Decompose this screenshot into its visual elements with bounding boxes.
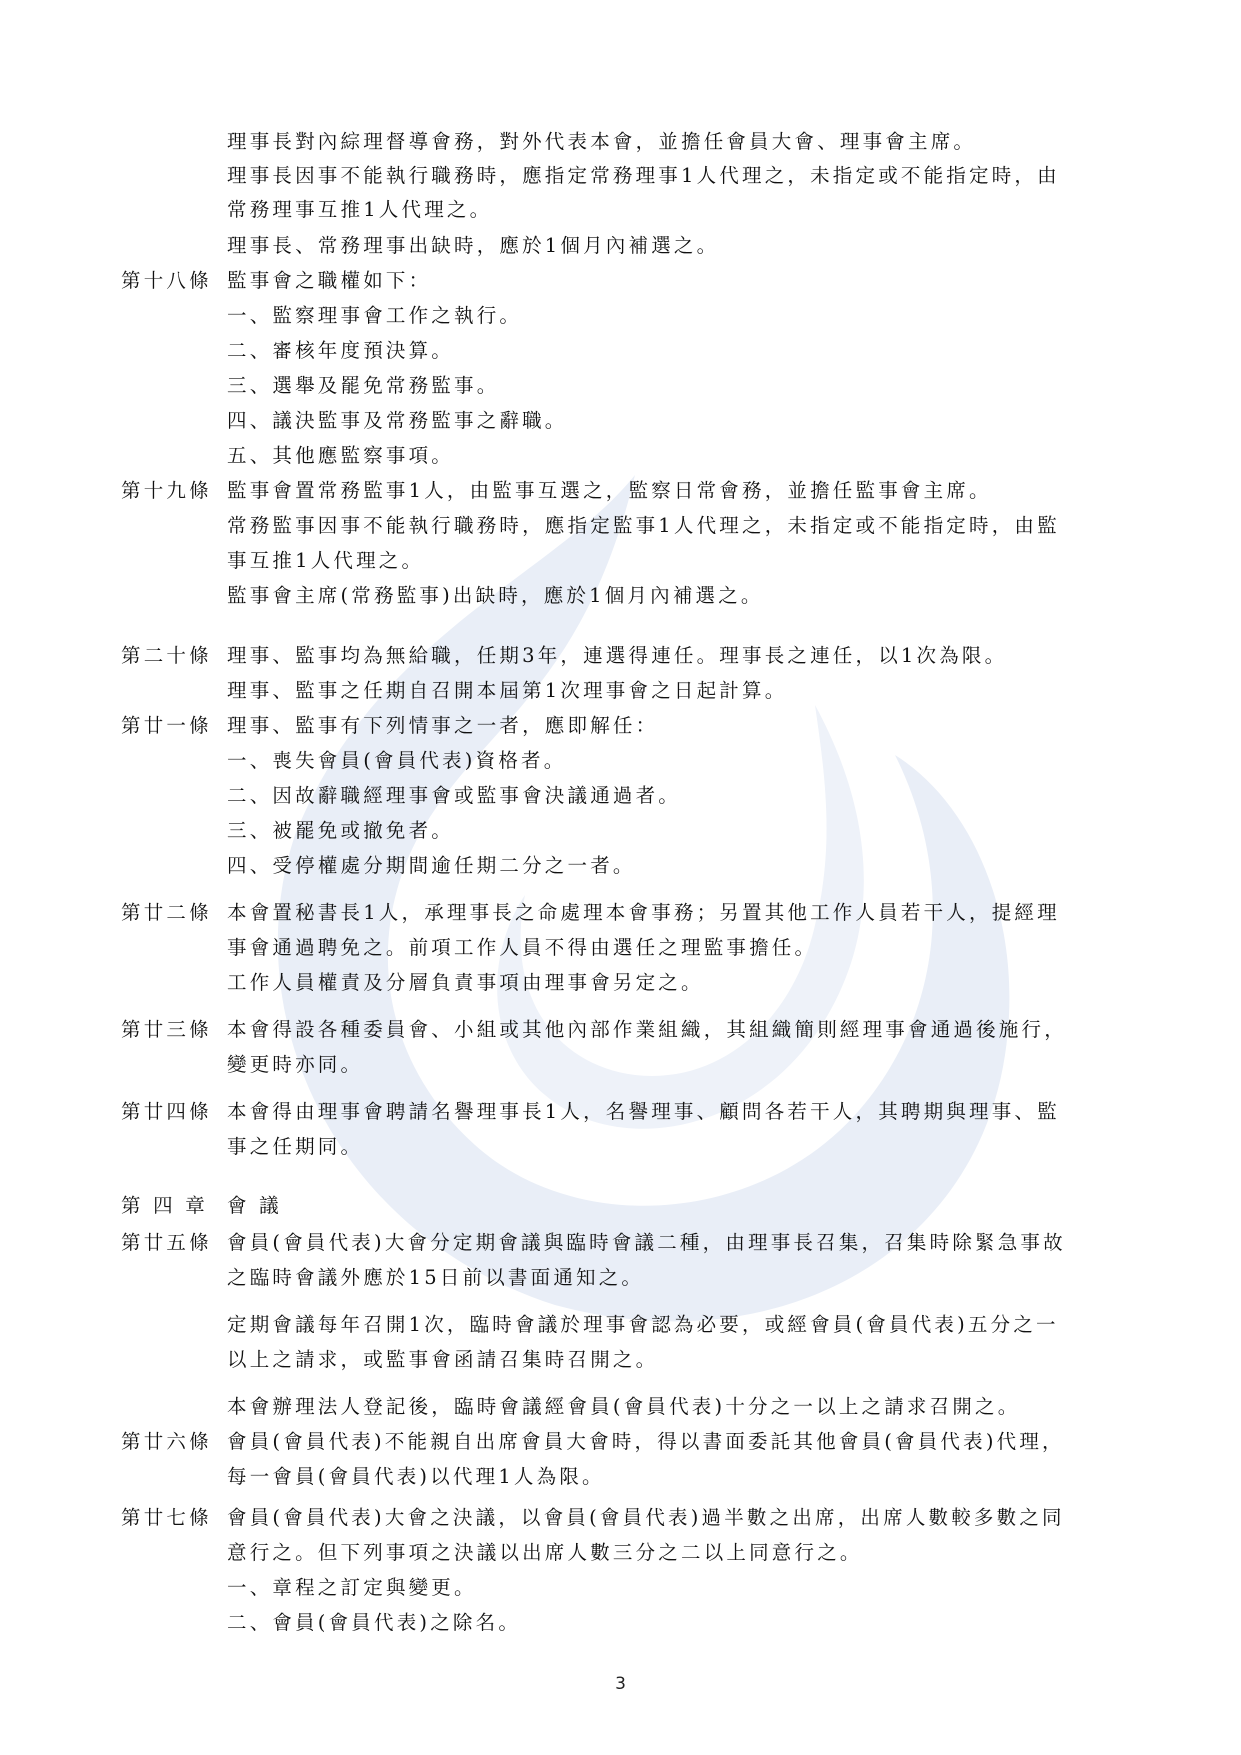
document-page: 理事長對內綜理督導會務，對外代表本會，並擔任會員大會、理事會主席。 理事長因事不… — [0, 0, 1241, 1755]
article-label: 第廿三條 — [121, 1012, 212, 1048]
article-label: 第廿五條 — [121, 1225, 212, 1261]
article-label: 第廿六條 — [121, 1424, 212, 1460]
page-number: 3 — [0, 1674, 1241, 1694]
line-text: 常務監事因事不能執行職務時，應指定監事1人代理之，未指定或不能指定時，由監 — [227, 508, 1060, 544]
article-label: 第廿一條 — [121, 708, 212, 744]
line-text: 理事、監事之任期自召開本屆第1次理事會之日起計算。 — [227, 673, 787, 709]
line-text: 會員(會員代表)大會分定期會議與臨時會議二種，由理事長召集，召集時除緊急事故 — [227, 1225, 1066, 1261]
line-text: 理事、監事有下列情事之一者，應即解任： — [227, 708, 658, 744]
line-text: 理事長因事不能執行職務時，應指定常務理事1人代理之，未指定或不能指定時，由 — [227, 158, 1060, 194]
line-text: 四、議決監事及常務監事之辭職。 — [227, 403, 568, 439]
line-text: 二、審核年度預決算。 — [227, 333, 454, 369]
chapter-title: 會 議 — [227, 1188, 282, 1224]
line-text: 監事會之職權如下： — [227, 263, 431, 299]
line-text: 每一會員(會員代表)以代理1人為限。 — [227, 1459, 605, 1495]
line-text: 本會得由理事會聘請名譽理事長1人，名譽理事、顧問各若干人，其聘期與理事、監 — [227, 1094, 1060, 1130]
line-text: 會員(會員代表)大會之決議，以會員(會員代表)過半數之出席，出席人數較多數之同 — [227, 1500, 1065, 1536]
line-text: 事之任期同。 — [227, 1129, 363, 1165]
line-text: 四、受停權處分期間逾任期二分之一者。 — [227, 848, 636, 884]
line-text: 之臨時會議外應於15日前以書面通知之。 — [227, 1260, 644, 1296]
line-text: 二、因故辭職經理事會或監事會決議通過者。 — [227, 778, 681, 814]
line-text: 本會置秘書長1人，承理事長之命處理本會事務；另置其他工作人員若干人，提經理 — [227, 895, 1060, 931]
line-text: 監事會置常務監事1人，由監事互選之，監察日常會務，並擔任監事會主席。 — [227, 473, 992, 509]
line-text: 變更時亦同。 — [227, 1047, 363, 1083]
line-text: 事互推1人代理之。 — [227, 543, 424, 579]
line-text: 三、被罷免或撤免者。 — [227, 813, 454, 849]
line-text: 一、章程之訂定與變更。 — [227, 1570, 477, 1606]
line-text: 理事長對內綜理督導會務，對外代表本會，並擔任會員大會、理事會主席。 — [227, 124, 976, 160]
line-text: 一、喪失會員(會員代表)資格者。 — [227, 743, 566, 779]
line-text: 會員(會員代表)不能親自出席會員大會時，得以書面委託其他會員(會員代表)代理， — [227, 1424, 1065, 1460]
line-text: 本會辦理法人登記後，臨時會議經會員(會員代表)十分之一以上之請求召開之。 — [227, 1389, 1020, 1425]
article-label: 第十九條 — [121, 473, 212, 509]
line-text: 二、會員(會員代表)之除名。 — [227, 1605, 521, 1641]
article-label: 第廿七條 — [121, 1500, 212, 1536]
line-text: 一、監察理事會工作之執行。 — [227, 298, 522, 334]
line-text: 定期會議每年召開1次，臨時會議於理事會認為必要，或經會員(會員代表)五分之一 — [227, 1307, 1059, 1343]
line-text: 監事會主席(常務監事)出缺時，應於1個月內補選之。 — [227, 578, 764, 614]
article-label: 第二十條 — [121, 638, 212, 674]
line-text: 以上之請求，或監事會函請召集時召開之。 — [227, 1342, 658, 1378]
chapter-label: 第 四 章 — [121, 1188, 208, 1224]
line-text: 理事長、常務理事出缺時，應於1個月內補選之。 — [227, 228, 719, 264]
line-text: 本會得設各種委員會、小組或其他內部作業組織，其組織簡則經理事會通過後施行， — [227, 1012, 1067, 1048]
line-text: 五、其他應監察事項。 — [227, 438, 454, 474]
line-text: 常務理事互推1人代理之。 — [227, 192, 492, 228]
line-text: 三、選舉及罷免常務監事。 — [227, 368, 499, 404]
line-text: 理事、監事均為無給職，任期3年，連選得連任。理事長之連任，以1次為限。 — [227, 638, 1007, 674]
line-text: 工作人員權責及分層負責事項由理事會另定之。 — [227, 965, 704, 1001]
line-text: 事會通過聘免之。前項工作人員不得由選任之理監事擔任。 — [227, 930, 817, 966]
article-label: 第十八條 — [121, 263, 212, 299]
article-label: 第廿四條 — [121, 1094, 212, 1130]
article-label: 第廿二條 — [121, 895, 212, 931]
line-text: 意行之。但下列事項之決議以出席人數三分之二以上同意行之。 — [227, 1535, 863, 1571]
